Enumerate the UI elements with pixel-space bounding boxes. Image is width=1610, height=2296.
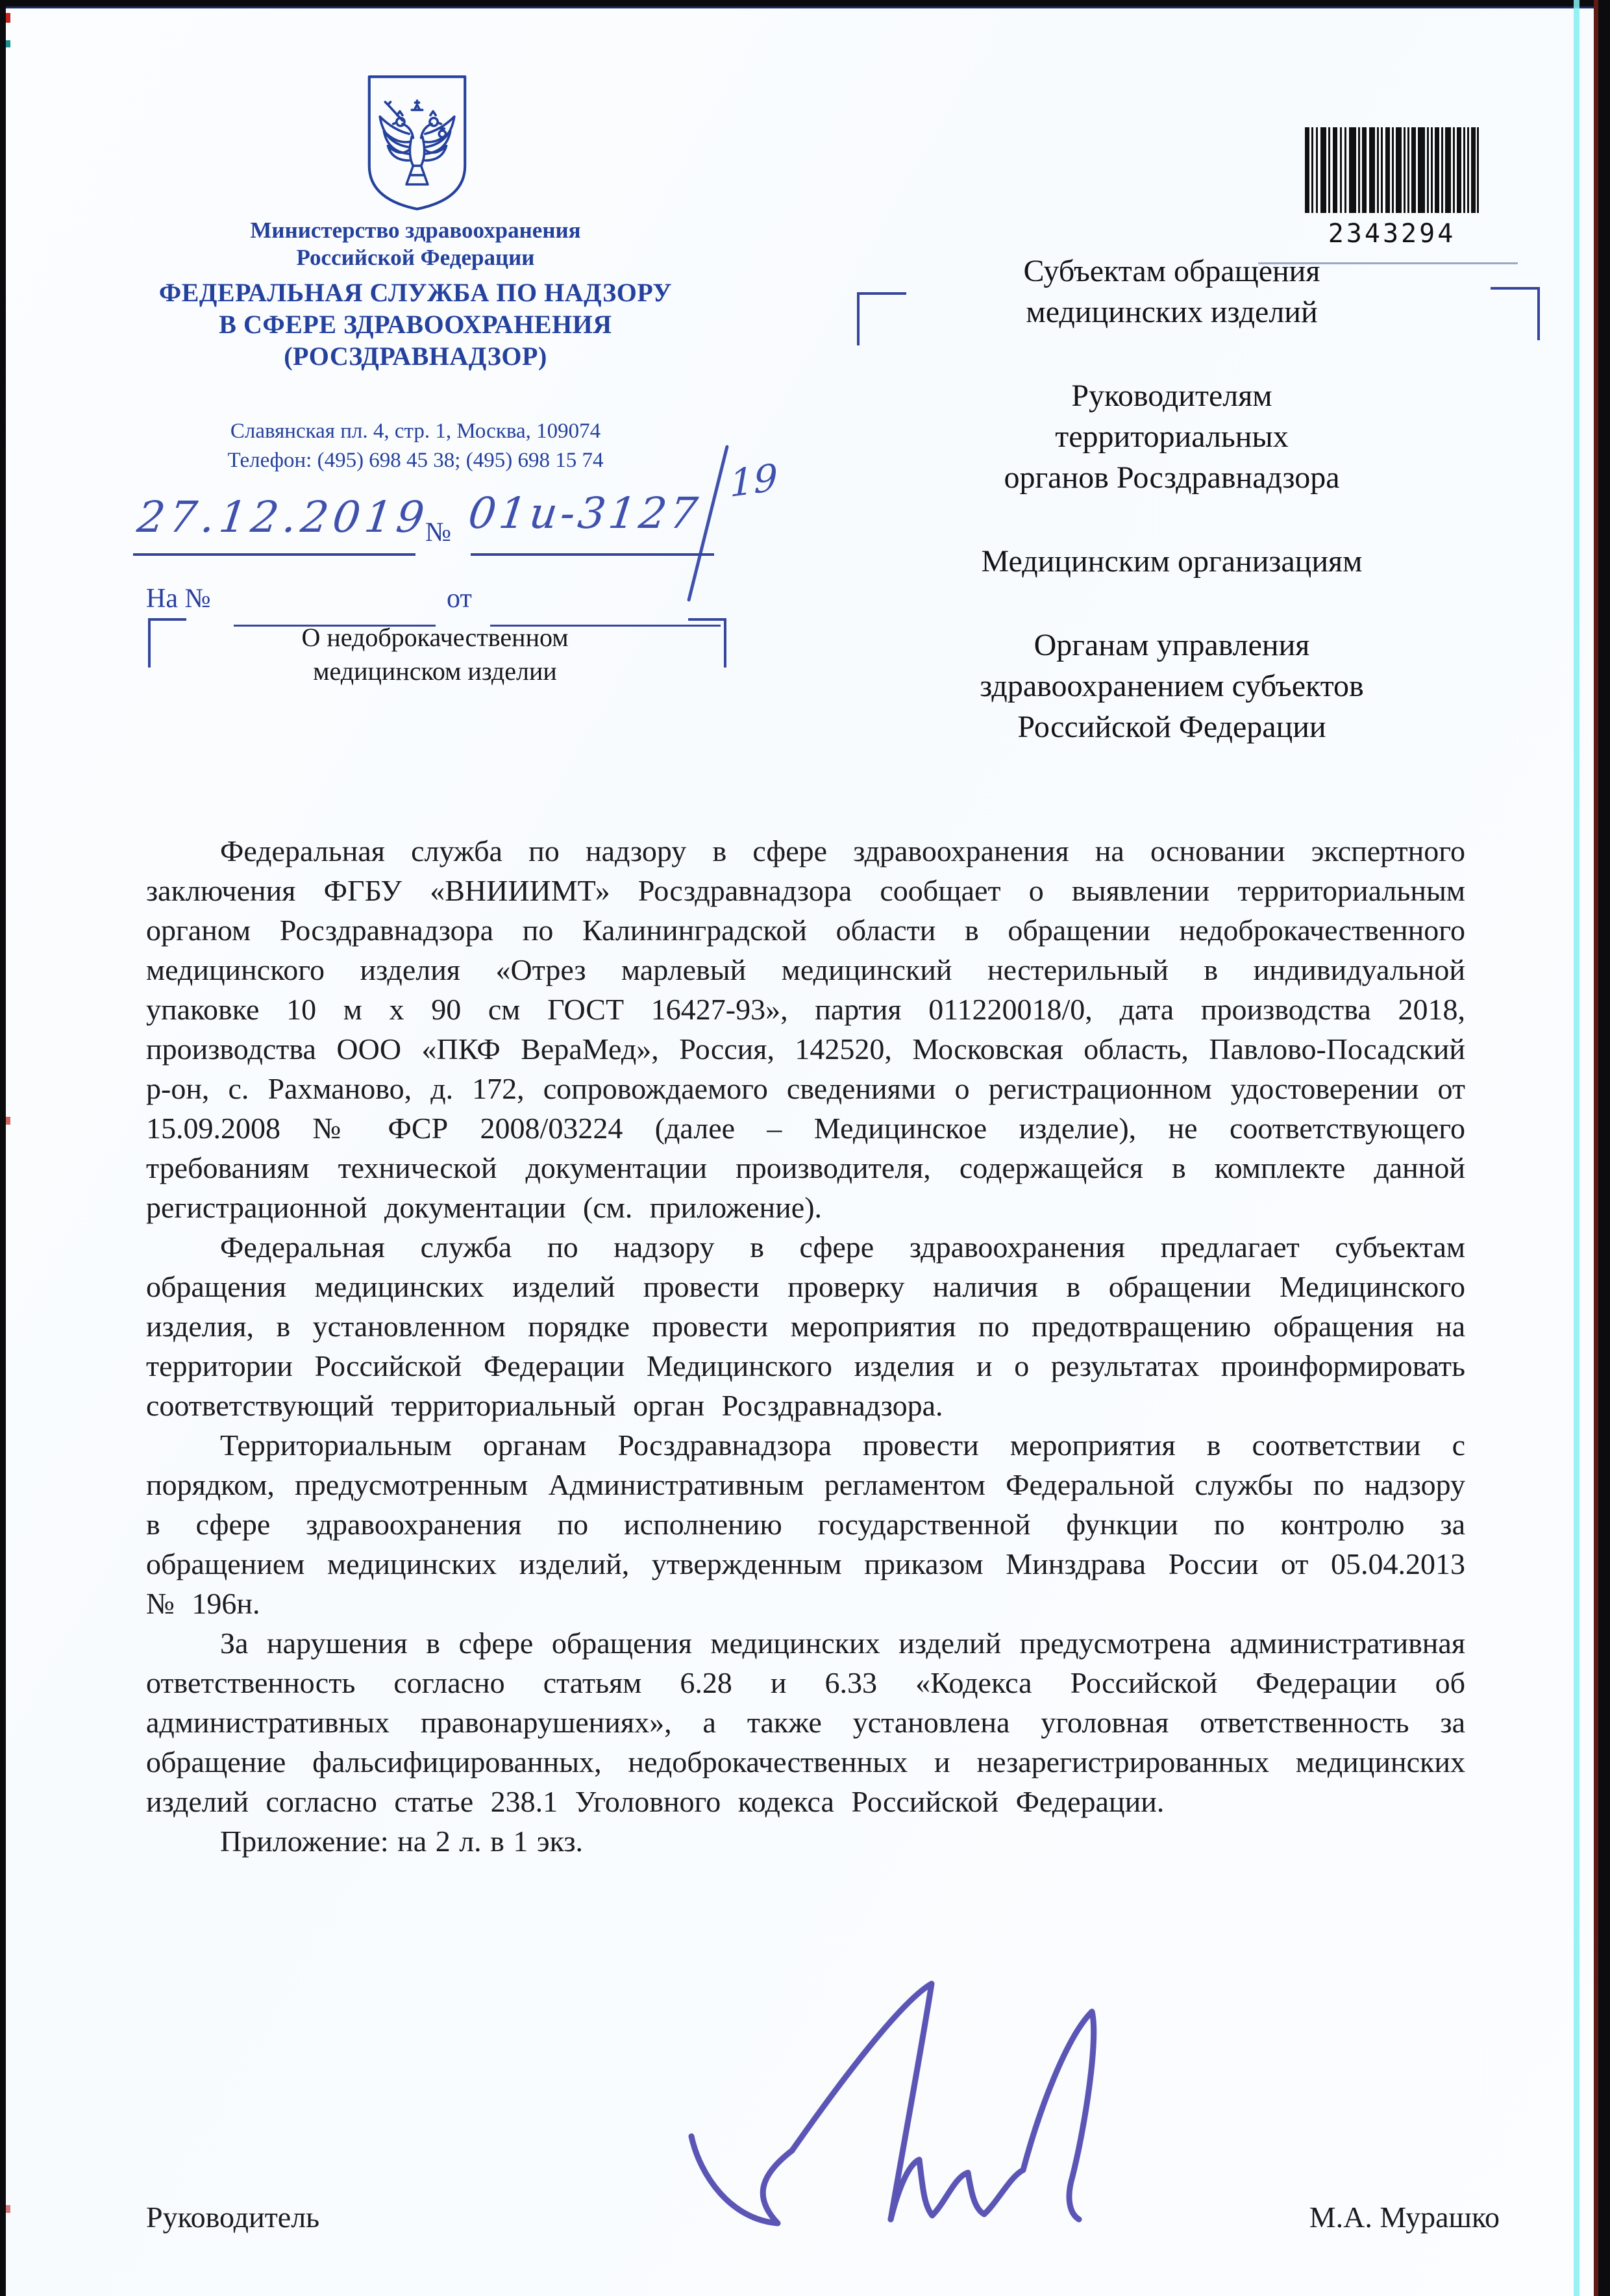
ministry-line-1: Министерство здравоохранения [149, 217, 682, 244]
subject-line-2: медицинском изделии [182, 655, 688, 688]
scan-edge-top [0, 0, 1610, 8]
barcode: 2343294 [1305, 127, 1479, 249]
service-line-3: (РОСЗДРАВНАДЗОР) [130, 340, 701, 372]
coat-of-arms-icon [364, 73, 471, 212]
service-name: ФЕДЕРАЛЬНАЯ СЛУЖБА ПО НАДЗОРУ В СФЕРЕ ЗД… [130, 277, 701, 372]
barcode-icon [1305, 127, 1479, 213]
subject-line-1: О недоброкачественном [182, 621, 688, 655]
date-underline [133, 553, 415, 556]
scan-artifact-red-tick [6, 1117, 10, 1125]
contact-block: Славянская пл. 4, стр. 1, Москва, 109074… [130, 417, 701, 475]
subject-block: О недоброкачественном медицинском издели… [182, 621, 688, 688]
service-line-2: В СФЕРЕ ЗДРАВООХРАНЕНИЯ [130, 308, 701, 340]
body-paragraph-3: Территориальным органам Росздравнадзора … [146, 1425, 1465, 1623]
recipient-bracket-right [1491, 287, 1540, 340]
recipient-line: Медицинским организациям [863, 541, 1480, 582]
address-line: Славянская пл. 4, стр. 1, Москва, 109074 [130, 417, 701, 446]
scan-edge-right [1598, 0, 1610, 2296]
barcode-digits: 2343294 [1305, 219, 1479, 249]
attachment-line: Приложение: на 2 л. в 1 экз. [146, 1821, 1465, 1861]
recipient-line: Органам управления [863, 625, 1480, 666]
recipient-line: здравоохранением субъектов [863, 666, 1480, 706]
signer-name: М.А. Мурашко [1233, 2200, 1500, 2234]
recipient-group: Органам управления здравоохранением субъ… [863, 625, 1480, 747]
scan-artifact-teal-tick [6, 40, 10, 47]
handwritten-number-suffix: 19 [729, 455, 778, 506]
subject-bracket-left [148, 618, 186, 668]
scanned-letter-page: 2343294 Министерство здравоохранения Рос… [0, 0, 1610, 2296]
scan-artifact-cyan-line [1574, 0, 1579, 2296]
phone-line: Телефон: (495) 698 45 38; (495) 698 15 7… [130, 446, 701, 475]
body-paragraph-4: За нарушения в сфере обращения медицинск… [146, 1623, 1465, 1821]
reply-from-label: от [447, 583, 472, 614]
recipient-line: медицинских изделий [863, 292, 1480, 332]
handwritten-number: 01и-3127 [465, 488, 703, 538]
recipient-group: Медицинским организациям [863, 541, 1480, 582]
service-line-1: ФЕДЕРАЛЬНАЯ СЛУЖБА ПО НАДЗОРУ [130, 277, 701, 308]
reply-to-label: На № [146, 583, 211, 614]
signer-title: Руководитель [146, 2200, 319, 2234]
recipient-group: Руководителям территориальных органов Ро… [863, 375, 1480, 498]
scan-artifact-red-tick [6, 2205, 10, 2213]
letter-body: Федеральная служба по надзору в сфере зд… [146, 831, 1465, 1861]
scan-edge-left [0, 0, 6, 2296]
recipient-group: Субъектам обращения медицинских изделий [863, 251, 1480, 332]
body-paragraph-2: Федеральная служба по надзору в сфере зд… [146, 1227, 1465, 1425]
recipients-block: Субъектам обращения медицинских изделий … [863, 251, 1480, 747]
recipient-line: Руководителям [863, 375, 1480, 416]
recipient-line: Российской Федерации [863, 706, 1480, 747]
subject-bracket-right [688, 618, 726, 668]
signature-ink [675, 1961, 1130, 2247]
ministry-name: Министерство здравоохранения Российской … [149, 217, 682, 271]
recipient-line: органов Росздравнадзора [863, 457, 1480, 498]
body-paragraph-1: Федеральная служба по надзору в сфере зд… [146, 831, 1465, 1227]
recipient-line: Субъектам обращения [863, 251, 1480, 292]
recipient-line: территориальных [863, 416, 1480, 457]
number-underline [471, 553, 714, 556]
number-sign-label: № [425, 517, 451, 548]
scan-artifact-red-tick [6, 13, 10, 23]
ministry-line-2: Российской Федерации [149, 244, 682, 271]
handwritten-date: 27.12.2019 [134, 492, 431, 542]
